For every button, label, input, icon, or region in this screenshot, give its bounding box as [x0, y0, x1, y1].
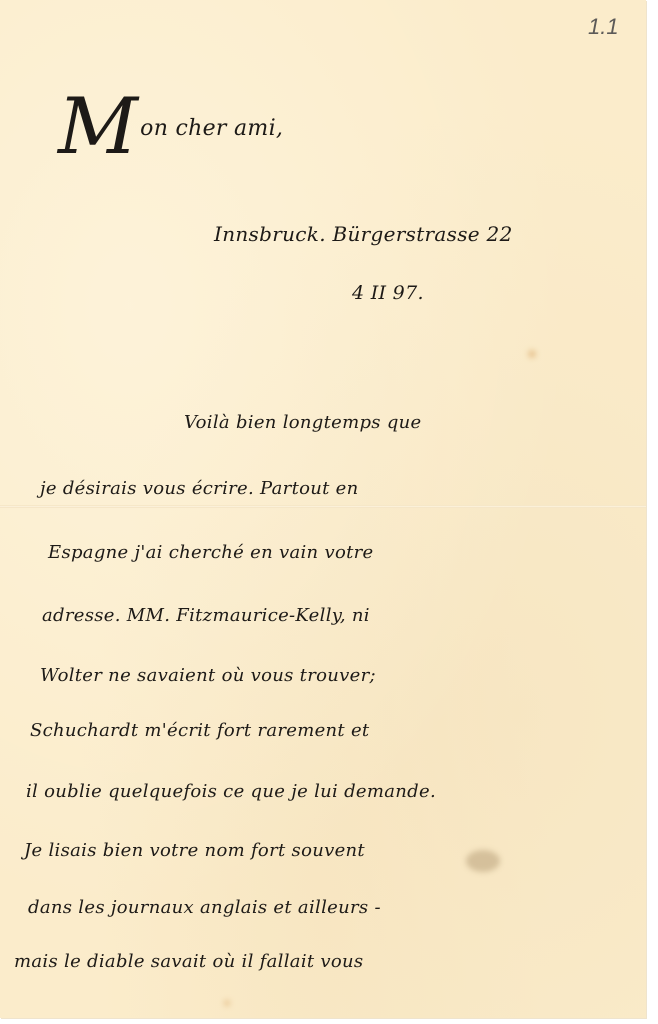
body-line: dans les journaux anglais et ailleurs - — [28, 897, 381, 918]
paper-stain — [528, 350, 536, 358]
letter-page: 1.1 Mon cher ami, Innsbruck. Bürgerstras… — [0, 0, 646, 1018]
salutation: Mon cher ami, — [58, 88, 283, 166]
paper-fold-line — [0, 505, 646, 508]
body-line: Wolter ne savaient où vous trouver; — [40, 665, 376, 686]
letter-date: 4 II 97. — [352, 282, 424, 304]
body-line: Je lisais bien votre nom fort souvent — [24, 840, 365, 861]
salutation-text: on cher ami, — [140, 116, 283, 141]
body-line: Voilà bien longtemps que — [184, 412, 422, 433]
body-line: adresse. MM. Fitzmaurice-Kelly, ni — [42, 605, 370, 626]
body-line: je désirais vous écrire. Partout en — [40, 478, 359, 499]
body-line: Schuchardt m'écrit fort rarement et — [30, 720, 369, 741]
paper-stain — [224, 1000, 230, 1006]
body-line: Espagne j'ai cherché en vain votre — [48, 542, 373, 563]
folio-number: 1.1 — [588, 14, 619, 40]
body-line: il oublie quelquefois ce que je lui dema… — [26, 781, 436, 802]
paper-stain — [466, 850, 500, 872]
sender-address: Innsbruck. Bürgerstrasse 22 — [214, 222, 513, 246]
salutation-initial: M — [58, 82, 138, 172]
body-line: mais le diable savait où il fallait vous — [14, 951, 363, 972]
